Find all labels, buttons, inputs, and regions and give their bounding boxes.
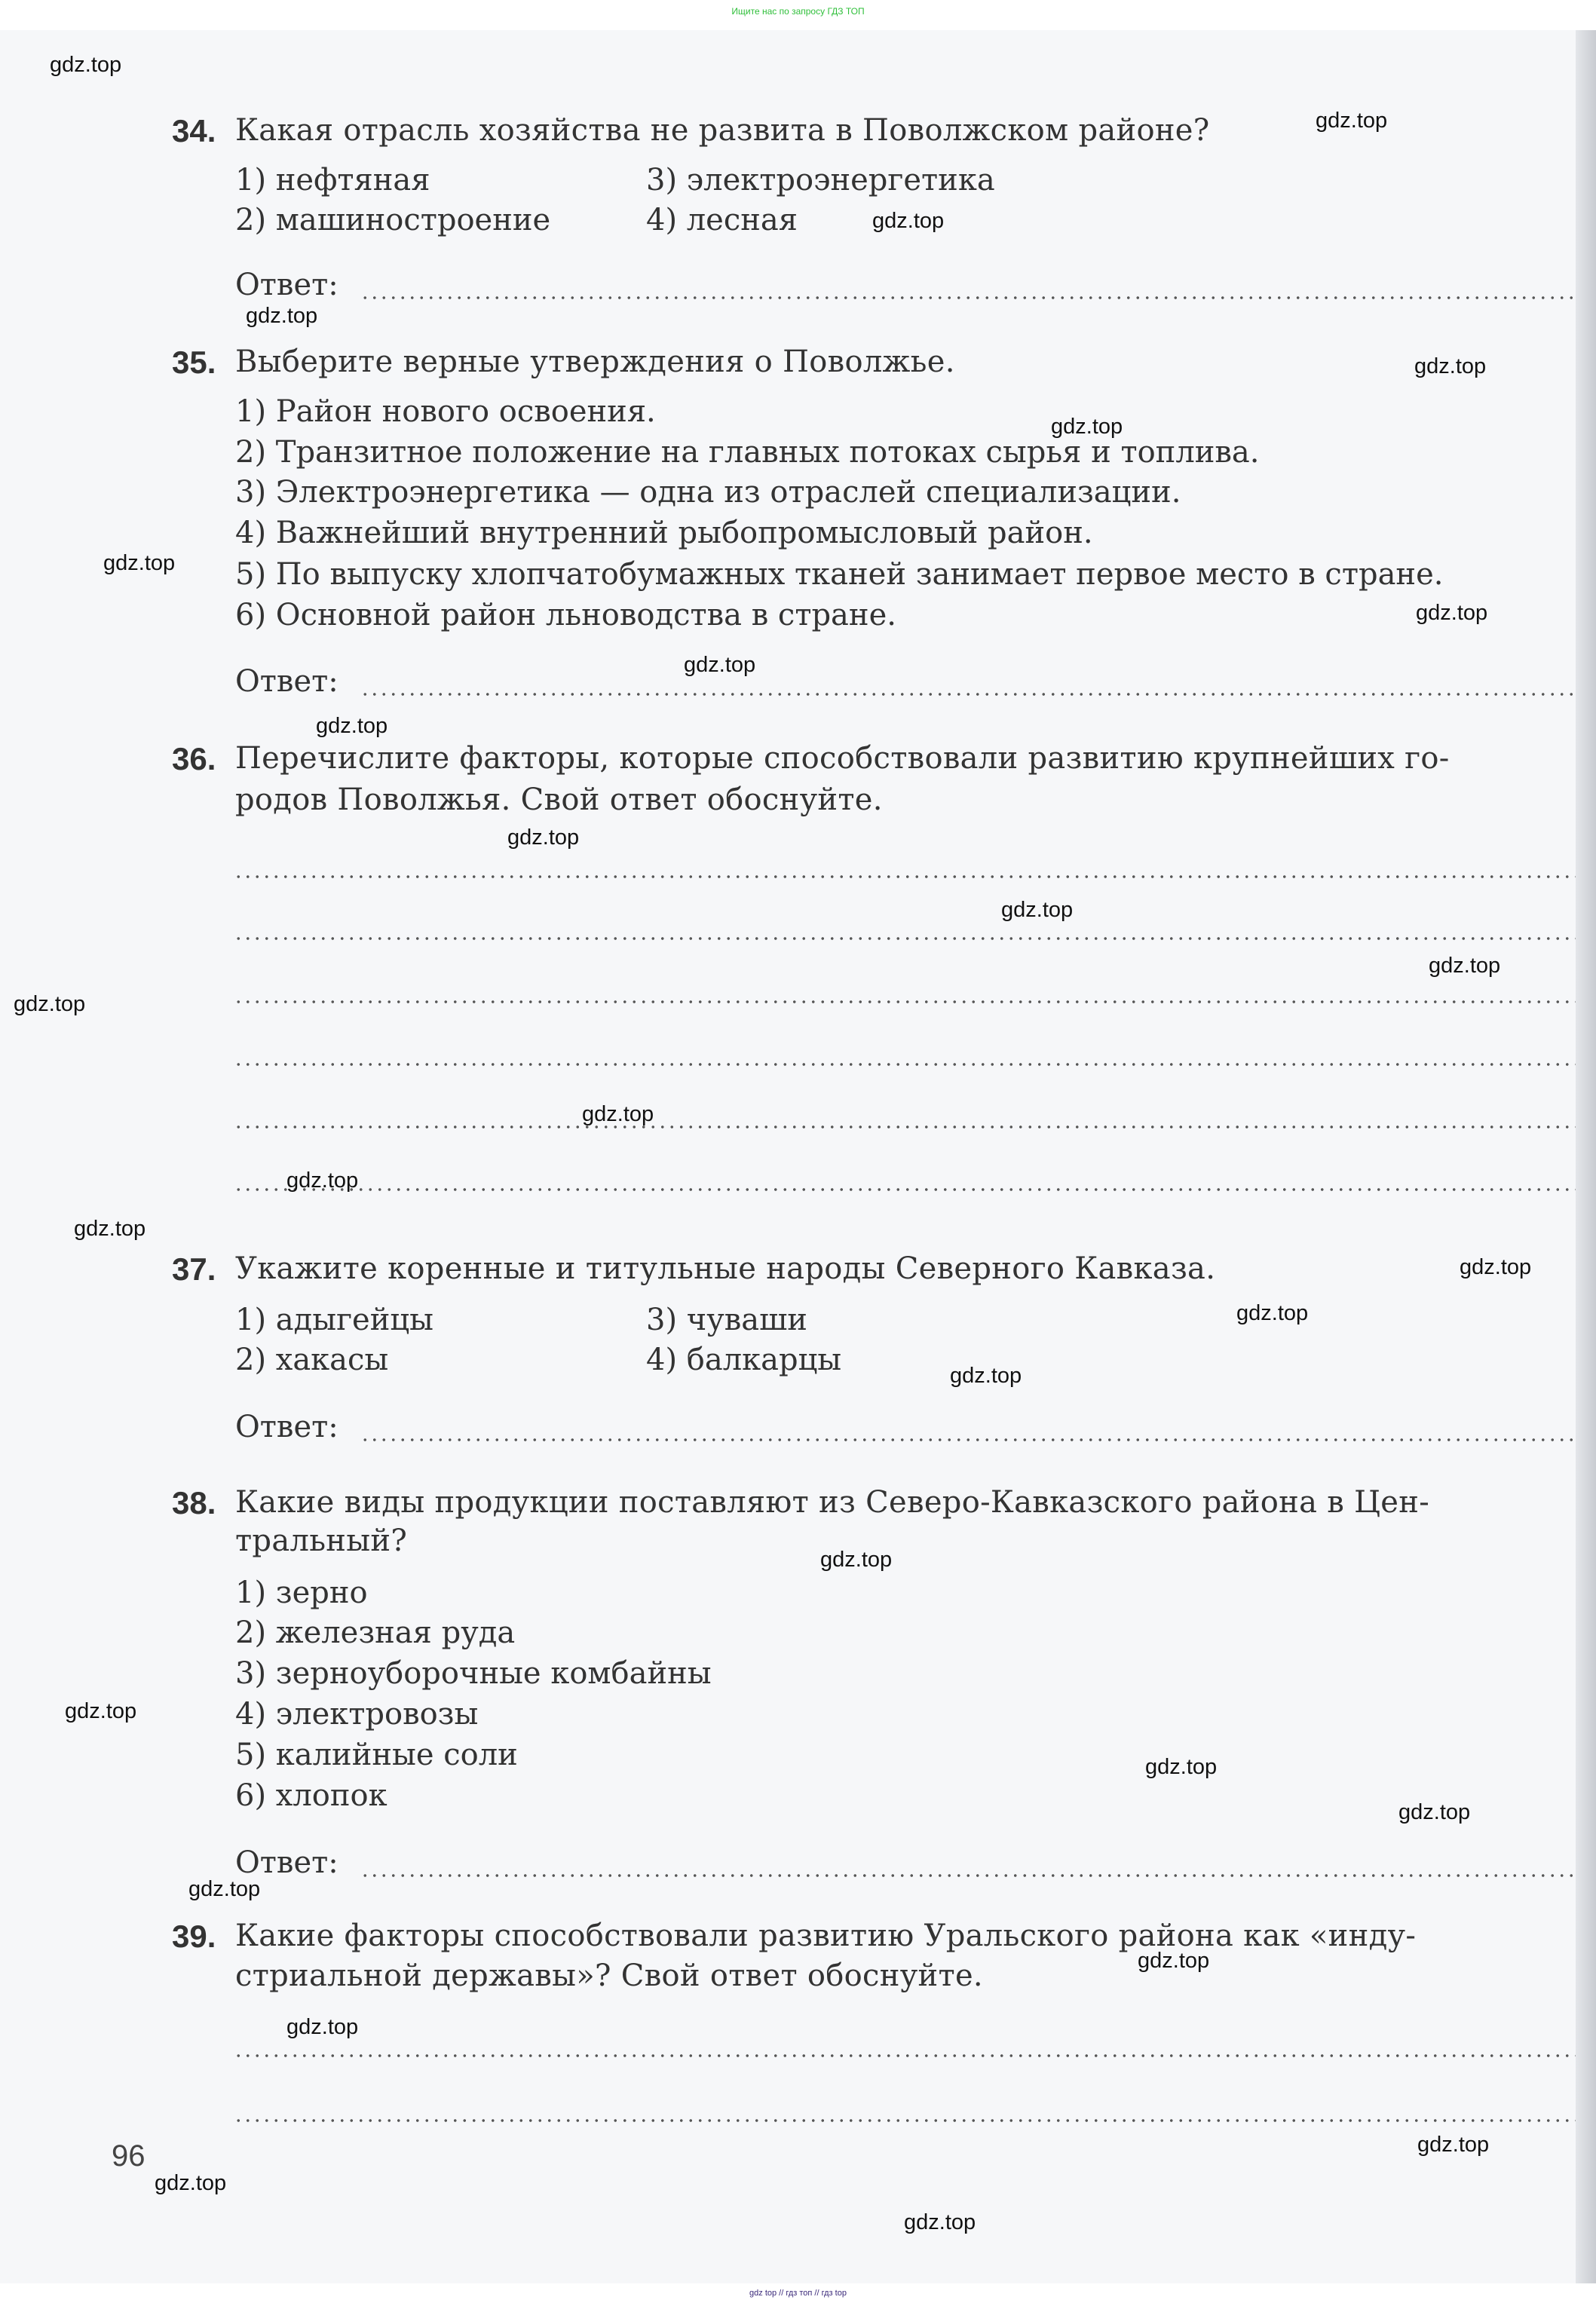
watermark: gdz.top [316, 714, 388, 739]
watermark: gdz.top [904, 2210, 976, 2235]
question-37-option-4: 4) балкарцы [646, 1343, 841, 1377]
question-37-number: 37. [172, 1251, 216, 1288]
question-35-option-2: 2) Транзитное положение на главных поток… [235, 435, 1259, 470]
question-38-option-2: 2) железная руда [235, 1615, 515, 1650]
question-38-number: 38. [172, 1485, 216, 1521]
question-38-option-3: 3) зерноуборочные комбайны [235, 1656, 712, 1691]
question-35-option-6: 6) Основной район льноводства в стране. [235, 598, 896, 632]
watermark: gdz.top [950, 1364, 1022, 1389]
watermark: gdz.top [286, 1168, 358, 1193]
question-34-option-4: 4) лесная [646, 203, 798, 237]
watermark: gdz.top [1460, 1255, 1531, 1280]
question-36-answer-line-5[interactable] [234, 1125, 1576, 1129]
question-34-text: Какая отрасль хозяйства не развита в Пов… [235, 113, 1210, 148]
footer-banner-text: gdz top // гдз топ // гдз top [749, 2289, 847, 2298]
watermark: gdz.top [65, 1699, 136, 1724]
question-35-option-3: 3) Электроэнергетика — одна из отраслей … [235, 475, 1181, 510]
question-37-answer-line[interactable] [360, 1438, 1576, 1441]
question-38-option-4: 4) электровозы [235, 1697, 478, 1732]
question-37-option-3: 3) чуваши [646, 1303, 807, 1337]
question-36-answer-line-3[interactable] [234, 1000, 1576, 1003]
watermark: gdz.top [1145, 1755, 1217, 1780]
question-38-text-line-2: тральный? [235, 1524, 407, 1558]
header-banner: Ищите нас по запросу ГДЗ ТОП [0, 0, 1596, 30]
question-37-option-2: 2) хакасы [235, 1343, 388, 1377]
page-edge [1576, 30, 1596, 2284]
page-number: 96 [112, 2139, 146, 2173]
watermark: gdz.top [1001, 898, 1073, 923]
question-37-option-1: 1) адыгейцы [235, 1303, 433, 1337]
question-35-answer-line[interactable] [360, 693, 1576, 696]
question-36-text-line-2: родов Поволжья. Свой ответ обоснуйте. [235, 782, 883, 817]
question-38-answer-line[interactable] [360, 1874, 1576, 1877]
watermark: gdz.top [14, 992, 85, 1017]
watermark: gdz.top [582, 1102, 654, 1127]
question-34-number: 34. [172, 113, 216, 149]
question-34-option-2: 2) машиностроение [235, 203, 550, 237]
question-36-text-line-1: Перечислите факторы, которые способствов… [235, 741, 1450, 776]
question-38-answer-label: Ответ: [235, 1845, 338, 1880]
watermark: gdz.top [286, 2015, 358, 2040]
question-35-option-5: 5) По выпуску хлопчатобумажных тканей за… [235, 557, 1443, 592]
question-36-answer-line-6[interactable] [234, 1188, 1576, 1191]
question-39-text-line-2: стриальной державы»? Свой ответ обоснуйт… [235, 1958, 983, 1993]
question-34-answer-label: Ответ: [235, 268, 338, 302]
watermark: gdz.top [1051, 415, 1123, 439]
header-banner-text: Ищите нас по запросу ГДЗ ТОП [731, 6, 864, 17]
question-38-text-line-1: Какие виды продукции поставляют из Север… [235, 1485, 1429, 1520]
question-39-text-line-1: Какие факторы способствовали развитию Ур… [235, 1919, 1416, 1953]
watermark: gdz.top [1316, 109, 1387, 133]
watermark: gdz.top [103, 551, 175, 576]
question-39-answer-line-2[interactable] [234, 2119, 1576, 2122]
watermark: gdz.top [1138, 1949, 1209, 1974]
question-38-option-5: 5) калийные соли [235, 1738, 518, 1772]
watermark: gdz.top [50, 53, 121, 78]
question-34-option-1: 1) нефтяная [235, 163, 430, 198]
question-37-answer-label: Ответ: [235, 1410, 338, 1444]
watermark: gdz.top [872, 209, 944, 234]
question-35-answer-label: Ответ: [235, 664, 338, 699]
watermark: gdz.top [1417, 2133, 1489, 2157]
watermark: gdz.top [1414, 354, 1486, 379]
question-35-option-1: 1) Район нового освоения. [235, 394, 656, 429]
question-34-option-3: 3) электроэнергетика [646, 163, 995, 198]
watermark: gdz.top [820, 1548, 892, 1573]
question-39-answer-line-1[interactable] [234, 2054, 1576, 2057]
watermark: gdz.top [188, 1877, 260, 1902]
watermark: gdz.top [1429, 954, 1500, 978]
watermark: gdz.top [1398, 1800, 1470, 1825]
question-36-number: 36. [172, 741, 216, 777]
question-38-option-1: 1) зерно [235, 1576, 368, 1610]
watermark: gdz.top [155, 2171, 226, 2196]
question-34-answer-line[interactable] [360, 296, 1576, 299]
question-35-text: Выберите верные утверждения о Поволжье. [235, 345, 955, 379]
question-35-number: 35. [172, 345, 216, 381]
footer-banner: gdz top // гдз топ // гдз top [0, 2283, 1596, 2306]
watermark: gdz.top [1416, 601, 1487, 626]
question-38-option-6: 6) хлопок [235, 1778, 388, 1813]
watermark: gdz.top [507, 825, 579, 850]
question-36-answer-line-4[interactable] [234, 1063, 1576, 1066]
question-35-option-4: 4) Важнейший внутренний рыбопромысловый … [235, 516, 1093, 550]
watermark: gdz.top [246, 304, 317, 329]
watermark: gdz.top [1236, 1301, 1308, 1326]
watermark: gdz.top [74, 1217, 146, 1242]
question-39-number: 39. [172, 1919, 216, 1955]
question-37-text: Укажите коренные и титульные народы Севе… [235, 1251, 1215, 1286]
watermark: gdz.top [684, 653, 755, 678]
question-36-answer-line-2[interactable] [234, 937, 1576, 940]
question-36-answer-line-1[interactable] [234, 875, 1576, 878]
